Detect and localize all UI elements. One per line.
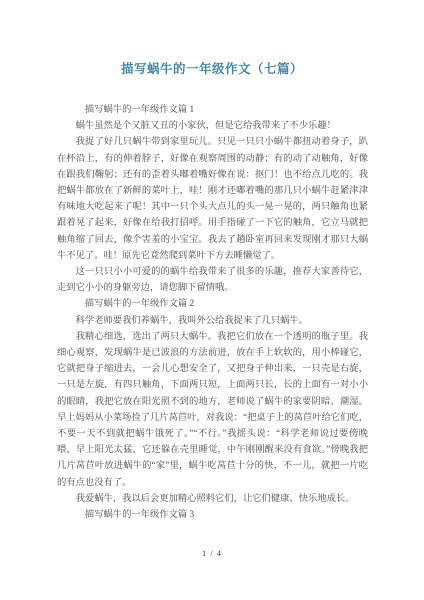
essay-paragraph: 蜗牛虽然是个又脏又丑的小家伙，但是它给我带来了不少乐趣！ <box>57 118 368 134</box>
essay-paragraph: 我捉了好几只蜗牛带到家里玩儿。只见一只只小蜗牛都扭动着身子，趴在杯沿上，有的伸着… <box>57 134 368 264</box>
document-page: 描写蜗牛的一年级作文（七篇） 描写蜗牛的一年级作文篇 1蜗牛虽然是个又脏又丑的小… <box>0 0 424 600</box>
essay-paragraph: 我爱蜗牛，我以后会更加精心照料它们，让它们健康、快乐地成长。 <box>57 491 368 507</box>
section-heading: 描写蜗牛的一年级作文篇 2 <box>57 296 368 312</box>
essay-paragraph: 我精心细选，选出了两只大蜗牛。我把它们放在一个透明的瓶子里。我细心观察，发现蜗牛… <box>57 329 368 491</box>
section-heading: 描写蜗牛的一年级作文篇 1 <box>57 102 368 118</box>
document-body: 描写蜗牛的一年级作文篇 1蜗牛虽然是个又脏又丑的小家伙，但是它给我带来了不少乐趣… <box>0 102 424 523</box>
page-number: 1 / 4 <box>0 548 424 558</box>
essay-paragraph: 这一只只小小可爱的的蜗牛给我带来了很多的乐趣，推荐大家善待它，走到它小小的身躯旁… <box>57 264 368 296</box>
section-heading: 描写蜗牛的一年级作文篇 3 <box>57 507 368 523</box>
document-title: 描写蜗牛的一年级作文（七篇） <box>0 0 424 77</box>
essay-paragraph: 科学老师要我们养蜗牛，我叫外公给我捉来了几只蜗牛。 <box>57 313 368 329</box>
